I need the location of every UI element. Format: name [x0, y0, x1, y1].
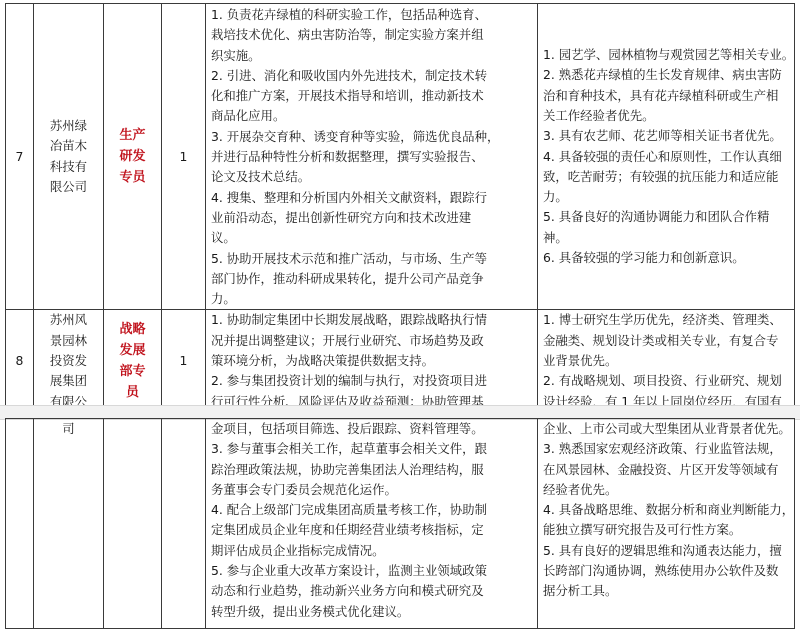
headcount: 1 [162, 4, 206, 310]
job-duties: 1. 协助制定集团中长期发展战略，跟踪战略执行情 况并提出调整建议；开展行业研究… [206, 310, 538, 412]
company-name-continued: 司 [34, 419, 104, 629]
headcount: 1 [162, 310, 206, 412]
job-requirements: 1. 园艺学、园林植物与观赏园艺等相关专业。 2. 熟悉花卉绿植的生长发育规律、… [538, 4, 795, 310]
headcount-continued [162, 419, 206, 629]
document-page-2: 司 金项目，包括项目筛选、投后跟踪、资料管理等。 3. 参与董事会相关工作，起草… [0, 418, 800, 631]
position-title: 战略 发展 部专 员 [104, 310, 162, 412]
job-duties-continued: 金项目，包括项目筛选、投后跟踪、资料管理等。 3. 参与董事会相关工作，起草董事… [206, 419, 538, 629]
table-row-7: 7 苏州绿 冶苗木 科技有 限公司 生产 研发 专员 1 1. 负责花卉绿植的科… [6, 4, 795, 310]
table-row-8-part-1: 8 苏州风 景园林 投资发 展集团 有限公 战略 发展 部专 员 1 1. 协助… [6, 310, 795, 412]
company-name: 苏州风 景园林 投资发 展集团 有限公 [34, 310, 104, 412]
document-page-1: 7 苏州绿 冶苗木 科技有 限公司 生产 研发 专员 1 1. 负责花卉绿植的科… [0, 0, 800, 405]
company-name: 苏州绿 冶苗木 科技有 限公司 [34, 4, 104, 310]
job-requirements: 1. 博士研究生学历优先，经济类、管理类、 金融类、规划设计类或相关专业，有复合… [538, 310, 795, 412]
job-requirements-continued: 企业、上市公司或大型集团从业背景者优先。 3. 熟悉国家宏观经济政策、行业监管法… [538, 419, 795, 629]
job-duties: 1. 负责花卉绿植的科研实验工作，包括品种选育、 栽培技术优化、病虫害防治等，制… [206, 4, 538, 310]
position-title-continued [104, 419, 162, 629]
row-number: 8 [6, 310, 34, 412]
job-table-part-1: 7 苏州绿 冶苗木 科技有 限公司 生产 研发 专员 1 1. 负责花卉绿植的科… [5, 3, 795, 413]
job-table-part-2: 司 金项目，包括项目筛选、投后跟踪、资料管理等。 3. 参与董事会相关工作，起草… [5, 418, 795, 629]
row-number: 7 [6, 4, 34, 310]
position-title: 生产 研发 专员 [104, 4, 162, 310]
table-row-8-part-2: 司 金项目，包括项目筛选、投后跟踪、资料管理等。 3. 参与董事会相关工作，起草… [6, 419, 795, 629]
row-number-continued [6, 419, 34, 629]
